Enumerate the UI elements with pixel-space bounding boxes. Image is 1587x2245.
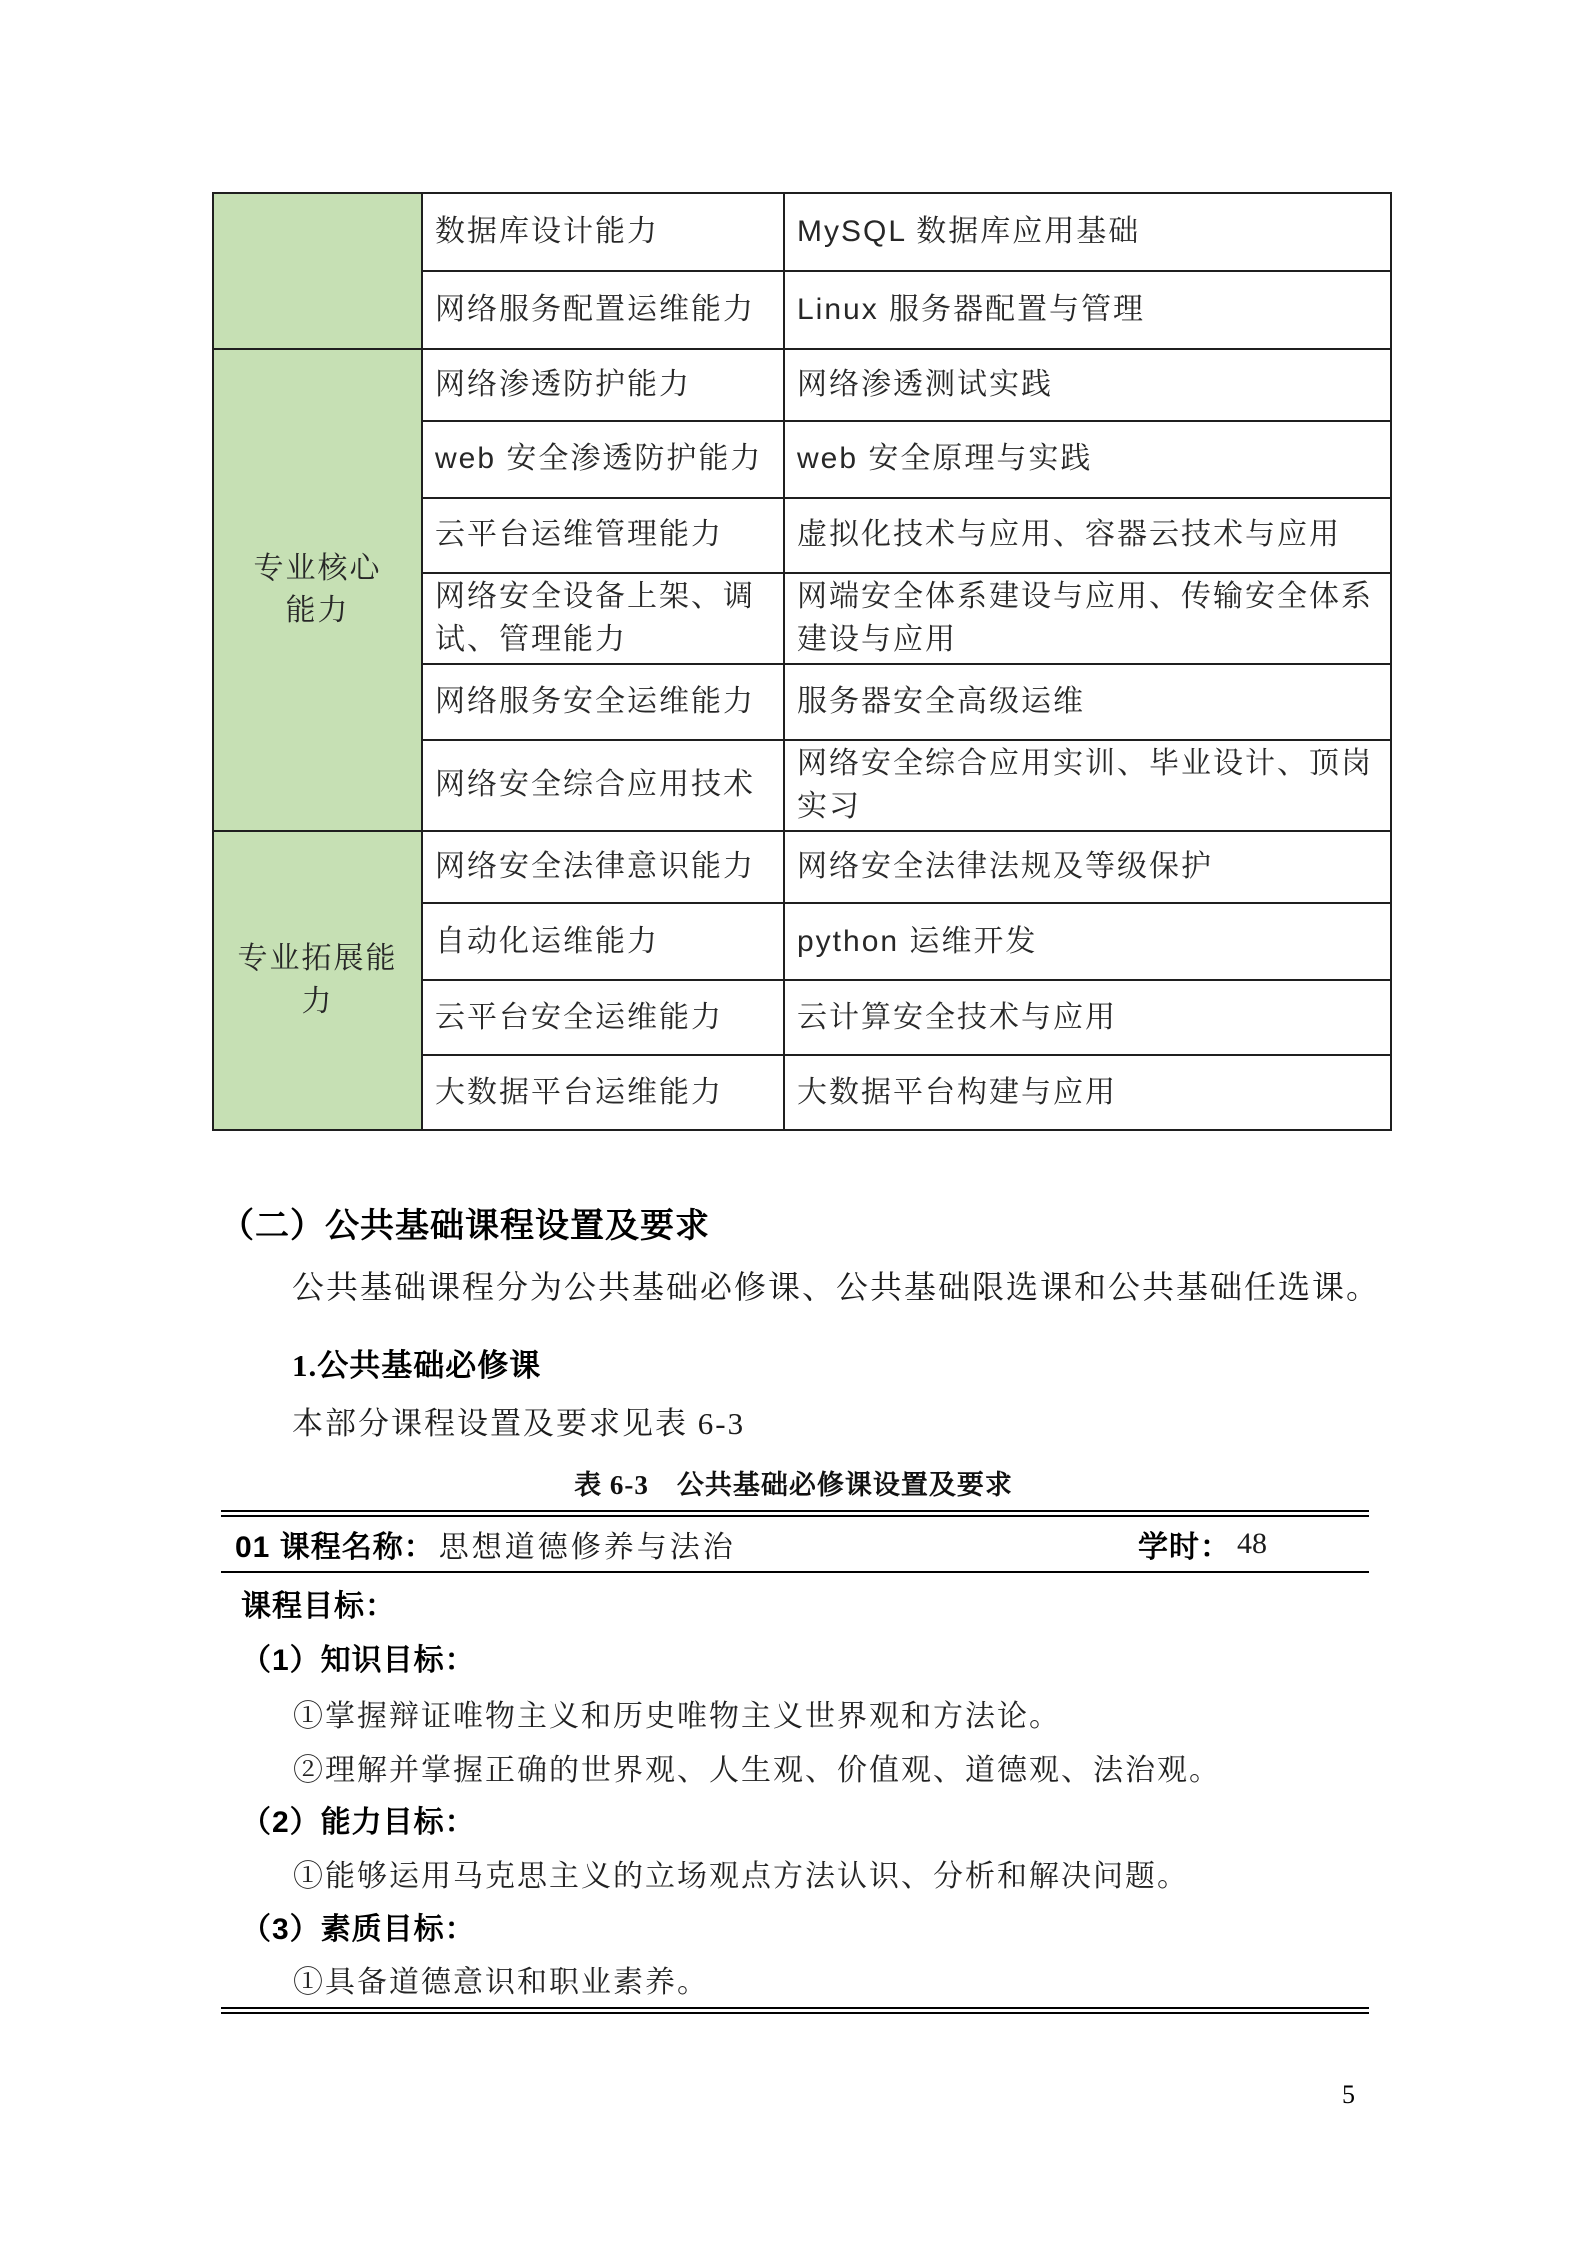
- course-table-header-row: 01 课程名称： 思想道德修养与法治 学时： 48: [221, 1510, 1369, 1573]
- document-page: 数据库设计能力 MySQL 数据库应用基础 网络服务配置运维能力 Linux 服…: [0, 0, 1587, 2245]
- objective-point: ①具备道德意识和职业素养。: [293, 1957, 709, 2001]
- course-cell: 云计算安全技术与应用: [784, 980, 1391, 1055]
- course-number-and-label: 01 课程名称：: [235, 1522, 435, 1566]
- ability-course-table: 数据库设计能力 MySQL 数据库应用基础 网络服务配置运维能力 Linux 服…: [212, 192, 1392, 1131]
- ability-cell: 数据库设计能力: [422, 193, 784, 271]
- course-cell: 大数据平台构建与应用: [784, 1055, 1391, 1130]
- course-cell: 服务器安全高级运维: [784, 664, 1391, 740]
- course-cell: web 安全原理与实践: [784, 421, 1391, 498]
- objective-group-label: （3）素质目标：: [241, 1904, 476, 1948]
- table-row: 专业核心 能力 网络渗透防护能力 网络渗透测试实践: [213, 349, 1391, 421]
- ability-cell: 网络安全综合应用技术: [422, 740, 784, 831]
- section-heading: （二）公共基础课程设置及要求: [220, 1198, 710, 1247]
- ability-cell: 云平台运维管理能力: [422, 498, 784, 573]
- course-name: 思想道德修养与法治: [439, 1522, 736, 1566]
- objective-point: ①掌握辩证唯物主义和历史唯物主义世界观和方法论。: [293, 1691, 1061, 1735]
- course-table-body: 课程目标： （1）知识目标： ①掌握辩证唯物主义和历史唯物主义世界观和方法论。 …: [221, 1573, 1369, 2014]
- objectives-title: 课程目标：: [241, 1581, 396, 1625]
- ability-cell: 网络服务配置运维能力: [422, 271, 784, 349]
- table-caption: 表 6-3 公共基础必修课设置及要求: [0, 1463, 1587, 1502]
- table-row: 专业拓展能 力 网络安全法律意识能力 网络安全法律法规及等级保护: [213, 831, 1391, 903]
- hours-label: 学时：: [1138, 1522, 1231, 1566]
- hours-value: 48: [1237, 1527, 1267, 1561]
- ability-group-header-cell: [213, 193, 422, 349]
- table-reference-line: 本部分课程设置及要求见表 6-3: [292, 1398, 745, 1443]
- course-requirements-table: 01 课程名称： 思想道德修养与法治 学时： 48 课程目标： （1）知识目标：…: [221, 1510, 1369, 2014]
- ability-cell: 自动化运维能力: [422, 903, 784, 980]
- ability-cell: 大数据平台运维能力: [422, 1055, 784, 1130]
- ability-cell: 网络渗透防护能力: [422, 349, 784, 421]
- ability-cell: 网络安全法律意识能力: [422, 831, 784, 903]
- ability-cell: web 安全渗透防护能力: [422, 421, 784, 498]
- section-intro-paragraph: 公共基础课程分为公共基础必修课、公共基础限选课和公共基础任选课。: [292, 1262, 1380, 1308]
- ability-cell: 网络服务安全运维能力: [422, 664, 784, 740]
- subsection-heading: 1.公共基础必修课: [292, 1340, 541, 1385]
- ability-cell: 云平台安全运维能力: [422, 980, 784, 1055]
- course-cell: python 运维开发: [784, 903, 1391, 980]
- course-cell: 网络安全综合应用实训、毕业设计、顶岗实习: [784, 740, 1391, 831]
- objective-point: ②理解并掌握正确的世界观、人生观、价值观、道德观、法治观。: [293, 1745, 1221, 1789]
- course-cell: 网络渗透测试实践: [784, 349, 1391, 421]
- objective-point: ①能够运用马克思主义的立场观点方法认识、分析和解决问题。: [293, 1851, 1189, 1895]
- objective-group-label: （1）知识目标：: [241, 1635, 476, 1679]
- course-cell: 网端安全体系建设与应用、传输安全体系建设与应用: [784, 573, 1391, 664]
- course-cell: 网络安全法律法规及等级保护: [784, 831, 1391, 903]
- ability-group-header-cell: 专业核心 能力: [213, 349, 422, 831]
- objective-group-label: （2）能力目标：: [241, 1797, 476, 1841]
- course-cell: 虚拟化技术与应用、容器云技术与应用: [784, 498, 1391, 573]
- page-number: 5: [1342, 2080, 1355, 2110]
- course-cell: Linux 服务器配置与管理: [784, 271, 1391, 349]
- ability-group-header-cell: 专业拓展能 力: [213, 831, 422, 1130]
- table-row: 数据库设计能力 MySQL 数据库应用基础: [213, 193, 1391, 271]
- ability-cell: 网络安全设备上架、调试、管理能力: [422, 573, 784, 664]
- course-hours: 学时： 48: [1138, 1517, 1267, 1571]
- course-cell: MySQL 数据库应用基础: [784, 193, 1391, 271]
